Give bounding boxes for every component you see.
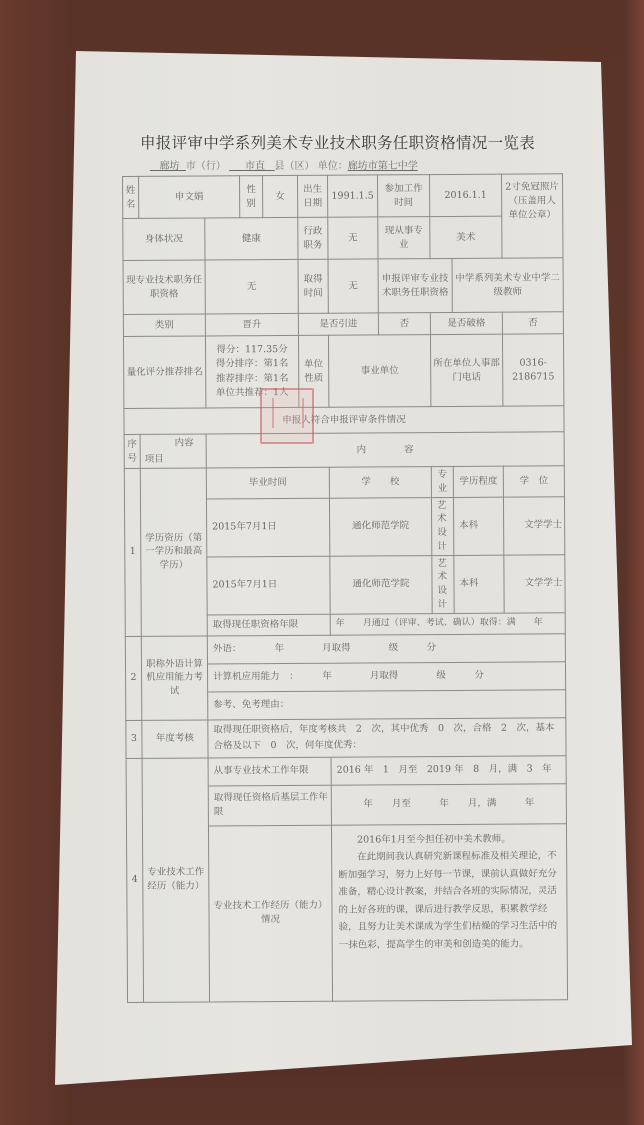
item-label: 年度考核 [142, 720, 208, 758]
apply-qual-label: 申报评审专业技术职务任职资格 [378, 258, 452, 312]
qualification-table: 姓名 申文娟 性别 女 出生日期 1991.1.5 参加工作时间 2016.1.… [122, 173, 568, 1002]
hr-phone-label: 所在单位人事部门电话 [430, 334, 502, 406]
experience-paragraph: 2016年1月至今担任初中美术教师。 [338, 830, 560, 849]
table-row: 4 专业技术工作经历（能力） 从事专业技术工作年限 2016 年 1 月至 20… [126, 755, 566, 786]
col-no-header: 序号 [124, 434, 140, 468]
edu-header-time: 毕业时间 [206, 467, 329, 498]
county-suffix: 县（区） [275, 161, 315, 172]
unit-label: 单位： [318, 161, 348, 172]
current-qual-value: 无 [205, 259, 298, 314]
red-seal-stamp [260, 388, 314, 444]
item-no: 1 [124, 468, 141, 636]
edu-time: 2015年7月1日 [206, 498, 329, 557]
table-row: 3 年度考核 取得现任职资格后，年度考核共 2 次，其中优秀 0 次，合格 2 … [126, 717, 566, 758]
health-label: 身体状况 [123, 218, 205, 261]
edu-header-major: 专 业 [431, 466, 453, 497]
row-basic-1: 姓名 申文娟 性别 女 出生日期 1991.1.5 参加工作时间 2016.1.… [123, 174, 563, 219]
row-basic-3: 现专业技术职务任职资格 无 取得时间 无 申报评审专业技术职务任职资格 中学系列… [123, 258, 563, 315]
county-value: 市直 [229, 161, 274, 172]
edu-level: 本科 [454, 555, 504, 613]
current-major-label: 现从事专业 [378, 217, 430, 259]
name-value: 申文娟 [139, 176, 240, 219]
gender-label: 性别 [240, 176, 263, 218]
item-no: 4 [126, 758, 143, 1002]
grassroots-years-label: 取得现任资格后基层工作年限 [208, 785, 331, 826]
table-row: 2 职称外语计算机应用能力考试 外语： 年 月取得 级 分 [125, 633, 565, 664]
name-label: 姓名 [123, 176, 139, 218]
edu-header-degree: 学 位 [503, 466, 564, 497]
work-years-value: 2016 年 1 月至 2019 年 8 月，满 3 年 [331, 755, 566, 784]
table-row: 1 学历资历（第一学历和最高学历） 毕业时间 学 校 专 业 学历程度 学 位 [124, 466, 564, 499]
unit-nature-value: 事业单位 [328, 335, 430, 408]
exempt-reason: 参考、免考理由： [208, 689, 566, 719]
section-title: 申报人符合申报评审条件情况 [124, 406, 564, 435]
col-item-header: 内容 项目 [140, 434, 206, 468]
document-title: 申报评审中学系列美术专业技术职务任职资格情况一览表 [140, 131, 560, 153]
introduced-label: 是否引进 [298, 313, 378, 335]
edu-header-school: 学 校 [329, 467, 431, 498]
score-line: 得分：117.35分 [208, 343, 296, 358]
foreign-language-exam: 外语： 年 月取得 级 分 [207, 633, 565, 663]
item-label: 专业技术工作经历（能力） [142, 758, 209, 1002]
edu-header-level: 学历程度 [453, 466, 503, 497]
header-line: 廊坊 市（行） 市直 县（区） 单位：廊坊市第七中学 [150, 157, 418, 172]
exceptional-label: 是否破格 [430, 312, 502, 334]
exceptional-value: 否 [502, 312, 563, 334]
work-start-label: 参加工作时间 [377, 175, 429, 217]
edu-degree: 文学学士 [504, 554, 565, 612]
col-item-top: 内容 [143, 436, 204, 452]
gender-value: 女 [263, 175, 298, 217]
birth-label: 出生日期 [297, 175, 327, 217]
score-line: 推荐排序：第1名 [208, 371, 296, 386]
photo-placeholder: 2寸免冠照片（压盖用人单位公章） [501, 174, 563, 258]
row-column-header: 序号 内容 项目 内 容 [124, 432, 564, 469]
current-qual-label: 现专业技术职务任职资格 [123, 260, 205, 314]
qual-years-label: 取得现任职资格年限 [207, 614, 330, 636]
edu-school: 通化师范学院 [330, 555, 432, 614]
item-label: 职称外语计算机应用能力考试 [141, 636, 208, 720]
city-suffix: 市（行） [186, 161, 226, 172]
health-value: 健康 [205, 217, 298, 260]
experience-label: 专业技术工作经历（能力）情况 [208, 825, 332, 1002]
current-major-value: 美术 [430, 216, 502, 258]
experience-paragraph: 在此期间我认真研究新课程标准及相关理论，不断加强学习，努力上好每一节课，课前认真… [338, 848, 561, 955]
row-basic-4: 类别 晋升 是否引进 否 是否破格 否 [123, 312, 563, 337]
item-no: 3 [126, 720, 142, 758]
computer-exam: 计算机应用能力 ： 年 月取得 级 分 [207, 661, 565, 691]
apply-qual-value: 中学系列美术专业中学二级教师 [452, 258, 563, 313]
admin-post-label: 行政职务 [298, 217, 328, 259]
row-section-title: 申报人符合申报评审条件情况 [124, 406, 564, 435]
edu-time: 2015年7月1日 [207, 556, 330, 615]
category-value: 晋升 [205, 313, 298, 336]
experience-text: 2016年1月至今担任初中美术教师。 在此期间我认真研究新课程标准及相关理论，不… [331, 823, 567, 1000]
hr-phone-value: 0316-2186715 [502, 334, 563, 406]
item-label: 学历资历（第一学历和最高学历） [140, 468, 207, 636]
city-value: 廊坊 [150, 161, 186, 172]
work-years-label: 从事专业技术工作年限 [208, 757, 331, 786]
row-basic-2: 身体状况 健康 行政职务 无 现从事专业 美术 [123, 216, 563, 261]
category-label: 类别 [123, 314, 205, 337]
work-start-value: 2016.1.1 [429, 174, 501, 216]
annual-review-text: 取得现任职资格后，年度考核共 2 次，其中优秀 0 次，合格 2 次，基本合格及… [208, 717, 566, 757]
row-basic-5: 量化评分推荐排名 得分：117.35分 得分排序：第1名 推荐排序：第1名 单位… [123, 334, 563, 409]
obtain-time-value: 无 [328, 259, 378, 313]
edu-major: 艺术设计 [432, 555, 454, 613]
grassroots-years-value: 年 月至 年 月，满 年 [331, 783, 566, 824]
birth-value: 1991.1.5 [327, 175, 377, 217]
score-label: 量化评分推荐排名 [123, 336, 205, 408]
unit-value: 廊坊市第七中学 [348, 161, 418, 172]
edu-degree: 文学学士 [503, 496, 564, 554]
col-item-bottom: 项目 [143, 451, 204, 467]
score-line: 得分排序：第1名 [208, 357, 296, 372]
obtain-time-label: 取得时间 [298, 259, 328, 313]
qual-years-value: 年 月通过（评审、考试、确认）取得：满 年 [330, 612, 565, 634]
edu-school: 通化师范学院 [329, 497, 431, 556]
edu-level: 本科 [453, 497, 503, 555]
introduced-value: 否 [378, 313, 430, 335]
item-no: 2 [125, 636, 142, 720]
admin-post-value: 无 [328, 217, 378, 259]
edu-major: 艺术设计 [431, 497, 453, 555]
